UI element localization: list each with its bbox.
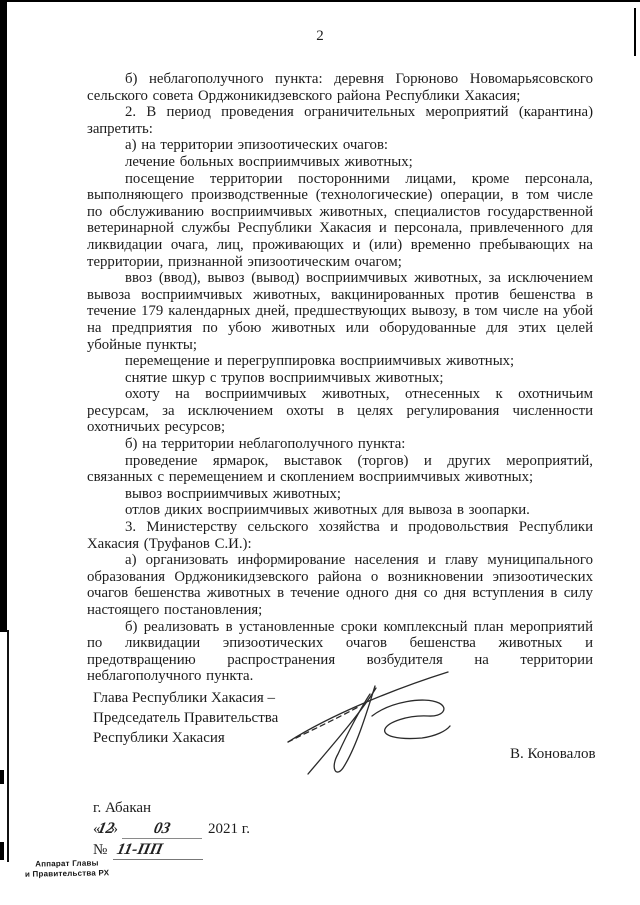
paragraph: ввоз (ввод), вывоз (вывод) восприимчивых… <box>87 270 593 353</box>
document-page: 2 б) неблагополучного пункта: деревня Го… <box>0 0 640 905</box>
footer-number: №11-ПП <box>93 841 203 860</box>
scan-edge-tick <box>0 842 4 860</box>
scan-edge-left-line <box>7 630 9 862</box>
footer-city: г. Абакан <box>93 800 151 817</box>
paragraph: б) неблагополучного пункта: деревня Горю… <box>87 71 593 104</box>
paragraph: лечение больных восприимчивых животных; <box>87 154 593 171</box>
number-blank: 11-ПП <box>113 841 203 860</box>
signatory-title-line: Председатель Правительства <box>93 708 278 728</box>
footer-year: 2021 г. <box>208 821 250 837</box>
signatory-title-line: Республики Хакасия <box>93 728 278 748</box>
signatory-title: Глава Республики Хакасия – Председатель … <box>93 688 278 748</box>
paragraph: отлов диких восприимчивых животных для в… <box>87 502 593 519</box>
document-body: б) неблагополучного пункта: деревня Горю… <box>87 71 593 685</box>
date-month-blank: 03 <box>122 820 202 839</box>
paragraph: проведение ярмарок, выставок (торгов) и … <box>87 453 593 486</box>
handwritten-number: 11-ПП <box>115 841 164 859</box>
paragraph: перемещение и перегруппировка восприимчи… <box>87 353 593 370</box>
paragraph: а) организовать информирование населения… <box>87 552 593 618</box>
paragraph: б) на территории неблагополучного пункта… <box>87 436 593 453</box>
handwritten-signature <box>272 650 472 805</box>
signatory-title-line: Глава Республики Хакасия – <box>93 688 278 708</box>
paragraph: охоту на восприимчивых животных, отнесен… <box>87 386 593 436</box>
number-sign: № <box>93 842 107 858</box>
signatory-name: В. Коновалов <box>510 746 596 763</box>
scan-edge-left-bar <box>0 0 7 632</box>
page-number: 2 <box>0 28 640 45</box>
paragraph: вывоз восприимчивых животных; <box>87 486 593 503</box>
paragraph: а) на территории эпизоотических очагов: <box>87 137 593 154</box>
paragraph: 3. Министерству сельского хозяйства и пр… <box>87 519 593 552</box>
paragraph: снятие шкур с трупов восприимчивых живот… <box>87 370 593 387</box>
handwritten-day: 12 <box>96 820 116 838</box>
scan-edge-top <box>0 0 640 2</box>
handwritten-month: 03 <box>152 820 172 838</box>
paragraph: посещение территории посторонними лицами… <box>87 171 593 271</box>
office-stamp: Аппарат Главы и Правительства РХ <box>8 858 126 880</box>
footer-date: «12»032021 г. <box>93 820 250 839</box>
paragraph: 2. В период проведения ограничительных м… <box>87 104 593 137</box>
stamp-line: и Правительства РХ <box>8 868 126 880</box>
scan-edge-tick <box>0 770 4 784</box>
